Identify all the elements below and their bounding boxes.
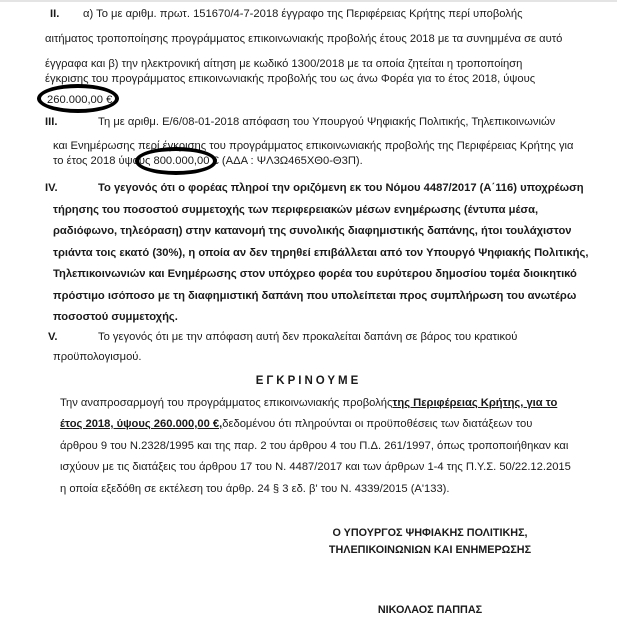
text: δεδομένου ότι πληρούνται οι προϋποθέσεις… bbox=[222, 417, 532, 431]
section-number: III. bbox=[45, 115, 57, 129]
text-line: Τηλεπικοινωνιών και Ενημέρωσης στον υπόχ… bbox=[53, 267, 475, 281]
text-line: α) Το με αριθμ. πρωτ. 151670/4-7-2018 έγ… bbox=[83, 7, 473, 21]
decision-line-1: Την αναπροσαρμογή του προγράμματος επικο… bbox=[60, 396, 475, 410]
signatory-title-line-2: ΤΗΛΕΠΙΚΟΙΝΩΝΙΩΝ ΚΑΙ ΕΝΗΜΕΡΩΣΗΣ bbox=[265, 542, 595, 559]
text-line: Το γεγονός ότι ο φορέας πληροί την οριζό… bbox=[98, 181, 475, 195]
signatory-name: ΝΙΚΟΛΑΟΣ ΠΑΠΠΑΣ bbox=[265, 602, 595, 619]
emphasized-text: έτος 2018, ύψους 260.000,00 €, bbox=[60, 417, 222, 431]
text-line: πρόστιμο ισόποσο με τη διαφημιστική δαπά… bbox=[53, 289, 475, 303]
section-number: II. bbox=[50, 7, 59, 21]
text-line: Το γεγονός ότι με την απόφαση αυτή δεν π… bbox=[98, 330, 475, 344]
text-line: αιτήματος τροποποίησης προγράμματος επικ… bbox=[45, 32, 475, 46]
text-line: ραδιόφωνο, τηλεόραση) στην κατανομή της … bbox=[53, 224, 475, 238]
text-line: τήρησης του ποσοστού συμμετοχής των περι… bbox=[53, 203, 475, 217]
section-number: V. bbox=[48, 330, 58, 344]
hand-drawn-circle-annotation bbox=[37, 84, 119, 113]
text-line: άρθρου 9 του Ν.2328/1995 και της παρ. 2 … bbox=[60, 439, 475, 453]
text-line: προϋπολογισμού. bbox=[53, 350, 142, 364]
text-line: έγκρισης του προγράμματος επικοινωνιακής… bbox=[45, 72, 475, 86]
text-line: τριάντα τοις εκατό (30%), η οποία αν δεν… bbox=[53, 246, 475, 260]
text-line: και Ενημέρωσης περί έγκρισης του προγράμ… bbox=[53, 139, 475, 153]
decision-heading: ΕΓΚΡΙΝΟΥΜΕ bbox=[0, 374, 617, 388]
decision-line-2: έτος 2018, ύψους 260.000,00 €, δεδομένου… bbox=[60, 417, 475, 431]
text: Την αναπροσαρμογή του προγράμματος επικο… bbox=[60, 396, 392, 410]
page-top-edge bbox=[0, 0, 617, 2]
text-line: έγγραφα και β) την ηλεκτρονική αίτηση με… bbox=[45, 57, 475, 71]
text-line: η οποία εξεδόθη σε εκτέλεση του άρθρ. 24… bbox=[60, 482, 450, 496]
text-line: Τη με αριθμ. Ε/6/08-01-2018 απόφαση του … bbox=[98, 115, 475, 129]
section-number: IV. bbox=[45, 181, 58, 195]
signatory-title-line-1: Ο ΥΠΟΥΡΓΟΣ ΨΗΦΙΑΚΗΣ ΠΟΛΙΤΙΚΗΣ, bbox=[265, 525, 595, 542]
emphasized-text: της Περιφέρειας Κρήτης, για το bbox=[392, 396, 557, 410]
text-line: ισχύουν με τις διατάξεις του άρθρου 17 τ… bbox=[60, 460, 475, 474]
text-line: ποσοστού συμμετοχής. bbox=[53, 310, 178, 324]
hand-drawn-circle-annotation bbox=[135, 147, 217, 175]
